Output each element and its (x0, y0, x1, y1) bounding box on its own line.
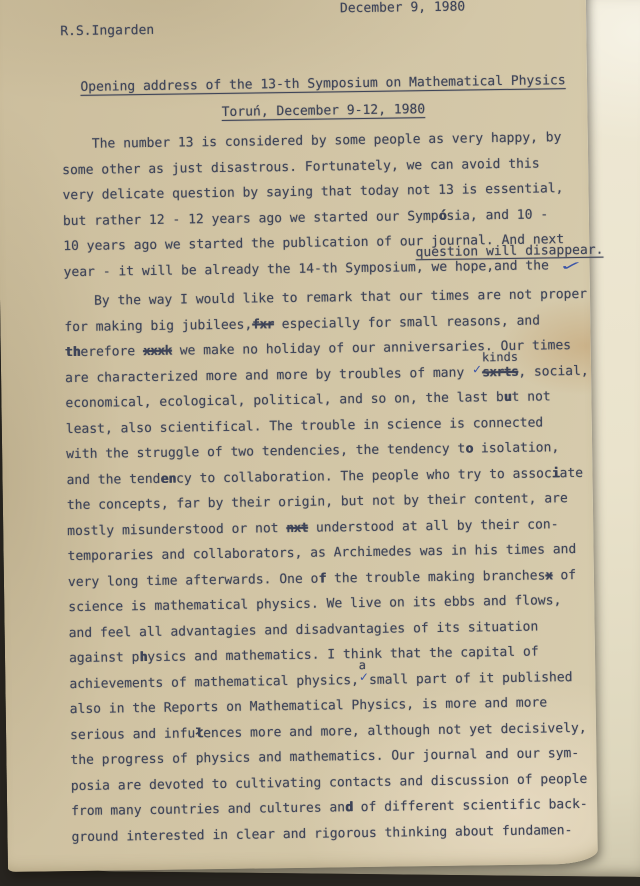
paragraph: By the way I would like to remark that o… (64, 282, 596, 850)
title-line-2: Toruń, December 9-12, 1980 (222, 102, 426, 120)
document-body: The number 13 is considered by some peop… (62, 125, 596, 850)
handwritten-caret-mark: ✓ (359, 664, 369, 690)
overtyped-letters: i (552, 466, 560, 481)
overtyped-letters: o (465, 441, 473, 456)
photo-backdrop: December 9, 1980 R.S.Ingarden Opening ad… (0, 0, 640, 886)
typed-page: December 9, 1980 R.S.Ingarden Opening ad… (0, 0, 598, 872)
overtyped-letters: en (160, 471, 176, 486)
overtyped-letters: th (65, 345, 81, 360)
overtyped-letters: ł (195, 726, 203, 741)
author-name: R.S.Ingarden (60, 23, 154, 39)
overtyped-letters: u (504, 390, 512, 405)
overtyped-strikeout: nxt (286, 520, 308, 535)
overtyped-strikeout: x (545, 568, 552, 583)
date-line: December 9, 1980 (340, 0, 465, 16)
handwritten-caret-mark: ✓ (472, 357, 482, 383)
document-title: Opening address of the 13-th Symposium o… (61, 67, 586, 128)
page-content: December 9, 1980 R.S.Ingarden Opening ad… (0, 0, 598, 872)
paragraph: The number 13 is considered by some peop… (62, 125, 588, 285)
overtyped-letters: d (345, 800, 353, 815)
overtyped-strikeout: xxxk (143, 344, 172, 359)
overtyped-letters: f (318, 571, 326, 586)
handwritten-swoosh-mark: ✓ (557, 255, 585, 278)
overtyped-strikeout: fxr (252, 317, 274, 332)
title-line-1: Opening address of the 13-th Symposium o… (80, 73, 565, 95)
overtyped-letters: ó (438, 208, 446, 223)
overtyped-letters: h (139, 650, 147, 665)
